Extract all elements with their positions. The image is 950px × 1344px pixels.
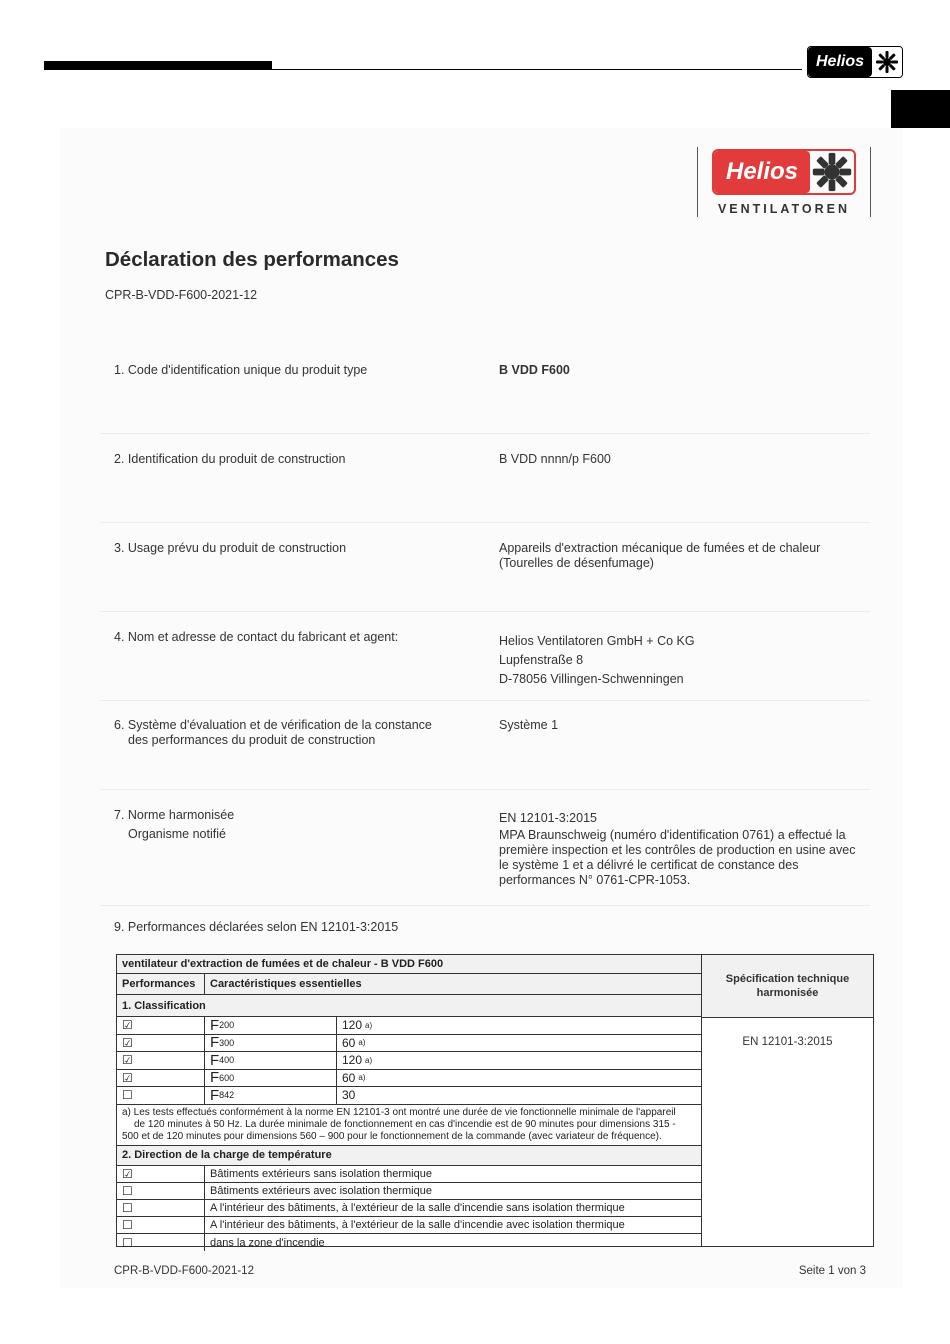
language-tab-marker — [891, 90, 950, 128]
notified-body-line: performances N° 0761-CPR-1053. — [499, 873, 855, 888]
classification-rows: ☑F200120a)☑F30060a)☑F400120a)☑F60060a)☐F… — [117, 1017, 701, 1105]
col-spec: Spécification technique harmonisée — [702, 955, 873, 1018]
item-3-label: 3. Usage prévu du produit de constructio… — [114, 541, 346, 556]
class-label: F842 — [205, 1087, 337, 1104]
checkbox-checked[interactable]: ☑ — [117, 1070, 205, 1087]
manufacturer-name: Helios Ventilatoren GmbH + Co KG — [499, 632, 695, 651]
item-6-label: 6. Système d'évaluation et de vérificati… — [114, 718, 432, 748]
direction-row: ☐A l'intérieur des bâtiments, à l'extéri… — [117, 1217, 701, 1234]
direction-row: ☐dans la zone d'incendie — [117, 1234, 701, 1251]
checkbox-unchecked[interactable]: ☐ — [117, 1087, 205, 1104]
item-9-label: 9. Performances déclarées selon EN 12101… — [114, 920, 398, 935]
direction-row: ☑Bâtiments extérieurs sans isolation the… — [117, 1166, 701, 1183]
checkbox-checked[interactable]: ☑ — [117, 1035, 205, 1052]
class-label: F600 — [205, 1070, 337, 1087]
checkbox-unchecked[interactable]: ☐ — [117, 1217, 205, 1233]
notified-body-line: première inspection et les contrôles de … — [499, 843, 855, 858]
footer-reference: CPR-B-VDD-F600-2021-12 — [114, 1265, 254, 1277]
direction-row: ☐A l'intérieur des bâtiments, à l'extéri… — [117, 1200, 701, 1217]
checkbox-checked[interactable]: ☑ — [117, 1052, 205, 1069]
class-label: F300 — [205, 1035, 337, 1052]
divider — [100, 433, 870, 434]
section-direction: 2. Direction de la charge de température — [117, 1146, 701, 1165]
direction-label: dans la zone d'incendie — [205, 1234, 701, 1251]
manufacturer-street: Lupfenstraße 8 — [499, 651, 695, 670]
checkbox-unchecked[interactable]: ☐ — [117, 1200, 205, 1216]
brand-logo-box: Helios — [712, 149, 856, 195]
spec-value: EN 12101-3:2015 — [702, 1036, 873, 1048]
class-value: 60a) — [337, 1035, 701, 1052]
classification-row: ☐F84230 — [117, 1087, 701, 1105]
harmonised-standard: EN 12101-3:2015 — [499, 811, 855, 826]
footnote: a) Les tests effectués conformément à la… — [117, 1105, 701, 1146]
item-6-label-line: 6. Système d'évaluation et de vérificati… — [114, 718, 432, 732]
classification-row: ☑F200120a) — [117, 1017, 701, 1035]
item-7-value: EN 12101-3:2015 MPA Braunschweig (numéro… — [499, 811, 855, 888]
table-header-row: Performances Caractéristiques essentiell… — [117, 974, 701, 995]
header-rule — [272, 69, 802, 70]
performance-table: ventilateur d'extraction de fumées et de… — [116, 954, 874, 1247]
col-characteristics: Caractéristiques essentielles — [205, 974, 701, 994]
divider — [100, 700, 870, 701]
checkbox-unchecked[interactable]: ☐ — [117, 1234, 205, 1251]
checkbox-checked[interactable]: ☑ — [117, 1017, 205, 1034]
direction-label: A l'intérieur des bâtiments, à l'extérie… — [205, 1200, 701, 1216]
direction-label: Bâtiments extérieurs sans isolation ther… — [205, 1166, 701, 1182]
brand-logo-text: Helios — [714, 151, 810, 193]
direction-label: Bâtiments extérieurs avec isolation ther… — [205, 1183, 701, 1199]
brand-logo: Helios VENTILATOREN — [697, 147, 871, 217]
brand-subtitle: VENTILATOREN — [698, 202, 870, 216]
checkbox-unchecked[interactable]: ☐ — [117, 1183, 205, 1199]
notified-body-line: le système 1 et a délivré le certificat … — [499, 858, 855, 873]
section-classification-row: 1. Classification — [117, 995, 701, 1017]
direction-label: A l'intérieur des bâtiments, à l'extérie… — [205, 1217, 701, 1233]
section-classification: 1. Classification — [117, 995, 701, 1016]
divider — [100, 611, 870, 612]
class-value: 30 — [337, 1087, 701, 1104]
class-label: F200 — [205, 1017, 337, 1034]
header-bar — [44, 61, 272, 70]
direction-row: ☐Bâtiments extérieurs avec isolation the… — [117, 1183, 701, 1200]
header-logo-text: Helios — [808, 47, 872, 77]
item-7-label: 7. Norme harmonisée Organisme notifié — [114, 806, 234, 844]
table-title: ventilateur d'extraction de fumées et de… — [117, 955, 701, 973]
document-reference: CPR-B-VDD-F600-2021-12 — [105, 288, 257, 302]
footnote-line: 500 et de 120 minutes pour dimensions 56… — [122, 1131, 662, 1142]
item-7-sublabel: Organisme notifié — [114, 825, 234, 844]
item-3-value-line: (Tourelles de désenfumage) — [499, 556, 820, 571]
item-1-value: B VDD F600 — [499, 363, 570, 378]
class-value: 120a) — [337, 1052, 701, 1069]
classification-row: ☑F60060a) — [117, 1070, 701, 1088]
page-title: Déclaration des performances — [105, 248, 399, 272]
section-direction-row: 2. Direction de la charge de température — [117, 1146, 701, 1166]
fan-icon — [810, 151, 854, 193]
class-value: 60a) — [337, 1070, 701, 1087]
class-value: 120a) — [337, 1017, 701, 1034]
fan-icon — [872, 47, 902, 77]
manufacturer-city: D-78056 Villingen-Schwenningen — [499, 670, 695, 689]
divider — [100, 789, 870, 790]
item-3-value: Appareils d'extraction mécanique de fumé… — [499, 541, 820, 571]
item-2-label: 2. Identification du produit de construc… — [114, 452, 345, 467]
table-title-row: ventilateur d'extraction de fumées et de… — [117, 955, 701, 974]
item-3-value-line: Appareils d'extraction mécanique de fumé… — [499, 541, 820, 556]
footnote-line: de 120 minutes à 50 Hz. La durée minimal… — [122, 1119, 696, 1131]
item-6-label-line: des performances du produit de construct… — [114, 733, 432, 748]
col-performances: Performances — [117, 974, 205, 994]
item-7-label-line: 7. Norme harmonisée — [114, 808, 234, 822]
notified-body-line: MPA Braunschweig (numéro d'identificatio… — [499, 828, 855, 843]
item-1-label: 1. Code d'identification unique du produ… — [114, 363, 367, 378]
divider — [100, 522, 870, 523]
item-4-value: Helios Ventilatoren GmbH + Co KG Lupfens… — [499, 632, 695, 689]
direction-rows: ☑Bâtiments extérieurs sans isolation the… — [117, 1166, 701, 1252]
header-logo: Helios — [807, 46, 903, 78]
footnote-line: a) Les tests effectués conformément à la… — [122, 1107, 676, 1118]
classification-row: ☑F400120a) — [117, 1052, 701, 1070]
table-right-column: Spécification technique harmonisée EN 12… — [701, 955, 873, 1246]
class-label: F400 — [205, 1052, 337, 1069]
item-2-value: B VDD nnnn/p F600 — [499, 452, 611, 467]
table-left-column: ventilateur d'extraction de fumées et de… — [117, 955, 701, 1246]
item-4-label: 4. Nom et adresse de contact du fabrican… — [114, 630, 398, 645]
checkbox-checked[interactable]: ☑ — [117, 1166, 205, 1182]
item-6-value: Système 1 — [499, 718, 558, 733]
divider — [100, 905, 870, 906]
page-number: Seite 1 von 3 — [799, 1265, 866, 1277]
classification-row: ☑F30060a) — [117, 1035, 701, 1053]
